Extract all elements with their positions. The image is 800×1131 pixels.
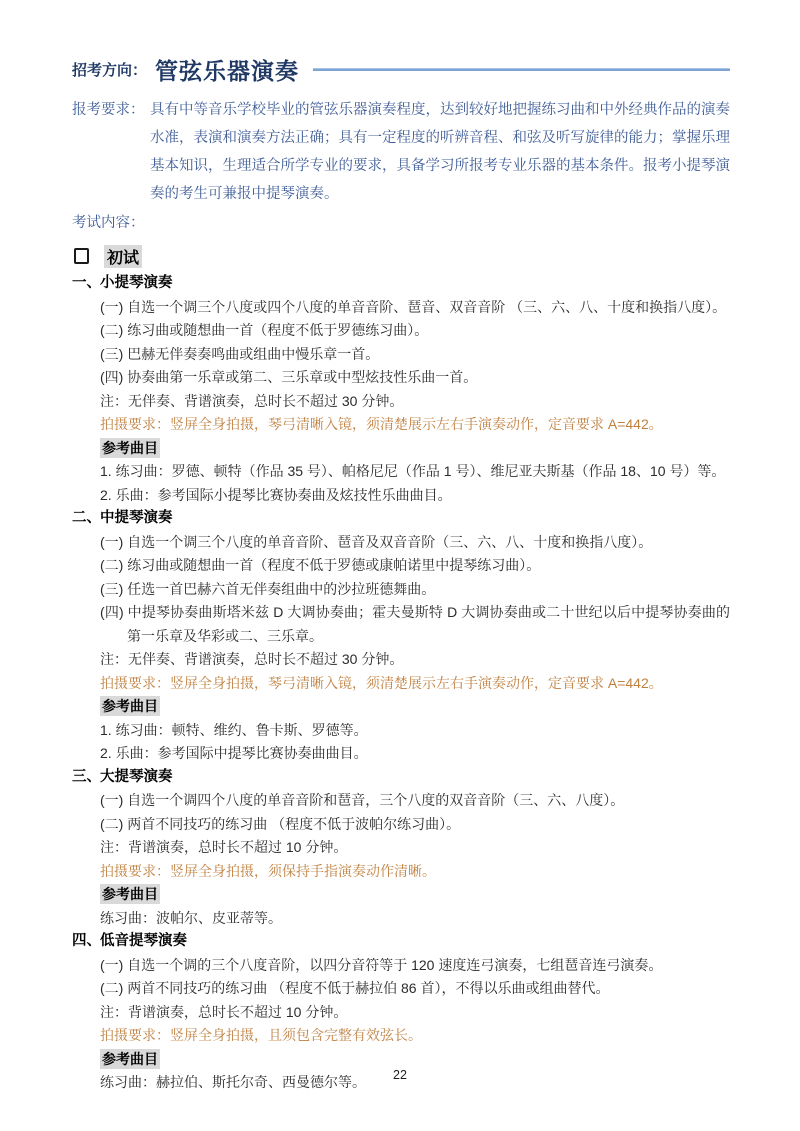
section-number: 四、: [72, 930, 100, 954]
application-requirements-label: 报考要求：: [72, 96, 145, 124]
sections-container: 一、小提琴演奏 (一) 自选一个调三个八度或四个八度的单音音阶、琶音、双音音阶 …: [72, 272, 730, 1095]
round-title: 初试: [104, 245, 142, 268]
section-number: 三、: [72, 766, 100, 790]
note-text: 注：背谱演奏，总时长不超过 10 分钟。: [72, 1001, 730, 1025]
header-rule-divider: [313, 68, 730, 71]
section-title: 低音提琴演奏: [100, 933, 187, 949]
exam-item: (一) 自选一个调四个八度的单音音阶和琶音，三个八度的双音音阶（三、六、八度）。: [72, 789, 730, 813]
filming-requirement-text: 拍摄要求：竖屏全身拍摄，且须包含完整有效弦长。: [72, 1024, 730, 1048]
section-title-row: 一、小提琴演奏: [72, 272, 730, 296]
exam-item: (三) 巴赫无伴奏奏鸣曲或组曲中慢乐章一首。: [72, 343, 730, 367]
repertoire-item: 1. 练习曲：罗德、顿特（作品 35 号）、帕格尼尼（作品 1 号）、维尼亚夫斯…: [72, 460, 730, 484]
repertoire-label-row: 参考曲目: [72, 695, 730, 719]
page-number: 22: [0, 1068, 800, 1082]
round-heading: 初试: [74, 244, 730, 268]
exam-item: (四) 协奏曲第一乐章或第二、三乐章或中型炫技性乐曲一首。: [72, 366, 730, 390]
filming-requirement-text: 拍摄要求：竖屏全身拍摄，琴弓清晰入镜，须清楚展示左右手演奏动作，定音要求 A=4…: [72, 413, 730, 437]
exam-item: (一) 自选一个调三个八度的单音音阶、琶音及双音音阶（三、六、八、十度和换指八度…: [72, 531, 730, 555]
document-body: 招考方向： 管弦乐器演奏 报考要求： 具有中等音乐学校毕业的管弦乐器演奏程度，达…: [0, 0, 800, 1131]
repertoire-item: 2. 乐曲：参考国际小提琴比赛协奏曲及炫技性乐曲曲目。: [72, 484, 730, 508]
application-requirements: 报考要求： 具有中等音乐学校毕业的管弦乐器演奏程度，达到较好地把握练习曲和中外经…: [72, 96, 730, 208]
square-bullet-icon: [74, 248, 89, 264]
exam-item: (二) 两首不同技巧的练习曲 （程度不低于赫拉伯 86 首），不得以乐曲或组曲替…: [72, 977, 730, 1001]
section-viola: 二、中提琴演奏 (一) 自选一个调三个八度的单音音阶、琶音及双音音阶（三、六、八…: [72, 507, 730, 766]
exam-item: (一) 自选一个调三个八度或四个八度的单音音阶、琶音、双音音阶 （三、六、八、十…: [72, 296, 730, 320]
repertoire-item: 2. 乐曲：参考国际中提琴比赛协奏曲曲目。: [72, 742, 730, 766]
program-title: 管弦乐器演奏: [155, 53, 299, 86]
repertoire-item: 练习曲：波帕尔、皮亚蒂等。: [72, 907, 730, 931]
note-text: 注：无伴奏、背谱演奏，总时长不超过 30 分钟。: [72, 648, 730, 672]
section-number: 二、: [72, 507, 100, 531]
reference-repertoire-label: 参考曲目: [100, 438, 160, 458]
reference-repertoire-label: 参考曲目: [100, 1049, 160, 1069]
filming-requirement-text: 拍摄要求：竖屏全身拍摄，琴弓清晰入镜，须清楚展示左右手演奏动作，定音要求 A=4…: [72, 672, 730, 696]
exam-item: (三) 任选一首巴赫六首无伴奏组曲中的沙拉班德舞曲。: [72, 578, 730, 602]
section-title-row: 二、中提琴演奏: [72, 507, 730, 531]
exam-item: (一) 自选一个调的三个八度音阶，以四分音符等于 120 速度连弓演奏，七组琶音…: [72, 954, 730, 978]
exam-item: (二) 两首不同技巧的练习曲 （程度不低于波帕尔练习曲）。: [72, 813, 730, 837]
application-requirements-text: 具有中等音乐学校毕业的管弦乐器演奏程度，达到较好地把握练习曲和中外经典作品的演奏…: [150, 102, 730, 202]
section-title-row: 四、低音提琴演奏: [72, 930, 730, 954]
exam-item: (二) 练习曲或随想曲一首（程度不低于罗德或康帕诺里中提琴练习曲）。: [72, 554, 730, 578]
section-title: 中提琴演奏: [100, 510, 173, 526]
section-violin: 一、小提琴演奏 (一) 自选一个调三个八度或四个八度的单音音阶、琶音、双音音阶 …: [72, 272, 730, 507]
section-title-row: 三、大提琴演奏: [72, 766, 730, 790]
section-title: 大提琴演奏: [100, 769, 173, 785]
repertoire-label-row: 参考曲目: [72, 883, 730, 907]
repertoire-label-row: 参考曲目: [72, 437, 730, 461]
exam-item: (二) 练习曲或随想曲一首（程度不低于罗德练习曲）。: [72, 319, 730, 343]
exam-content-label: 考试内容：: [72, 210, 730, 236]
note-text: 注：背谱演奏，总时长不超过 10 分钟。: [72, 836, 730, 860]
section-title: 小提琴演奏: [100, 275, 173, 291]
document-page: 招考方向： 管弦乐器演奏 报考要求： 具有中等音乐学校毕业的管弦乐器演奏程度，达…: [0, 0, 800, 1131]
exam-item: (四) 中提琴协奏曲斯塔米兹 D 大调协奏曲；霍夫曼斯特 D 大调协奏曲或二十世…: [72, 601, 730, 648]
filming-requirement-text: 拍摄要求：竖屏全身拍摄，须保持手指演奏动作清晰。: [72, 860, 730, 884]
section-number: 一、: [72, 272, 100, 296]
reference-repertoire-label: 参考曲目: [100, 884, 160, 904]
admission-direction-label: 招考方向：: [72, 59, 147, 80]
note-text: 注：无伴奏、背谱演奏，总时长不超过 30 分钟。: [72, 390, 730, 414]
reference-repertoire-label: 参考曲目: [100, 696, 160, 716]
section-cello: 三、大提琴演奏 (一) 自选一个调四个八度的单音音阶和琶音，三个八度的双音音阶（…: [72, 766, 730, 931]
repertoire-item: 1. 练习曲：顿特、维约、鲁卡斯、罗德等。: [72, 719, 730, 743]
document-header: 招考方向： 管弦乐器演奏: [72, 52, 730, 86]
